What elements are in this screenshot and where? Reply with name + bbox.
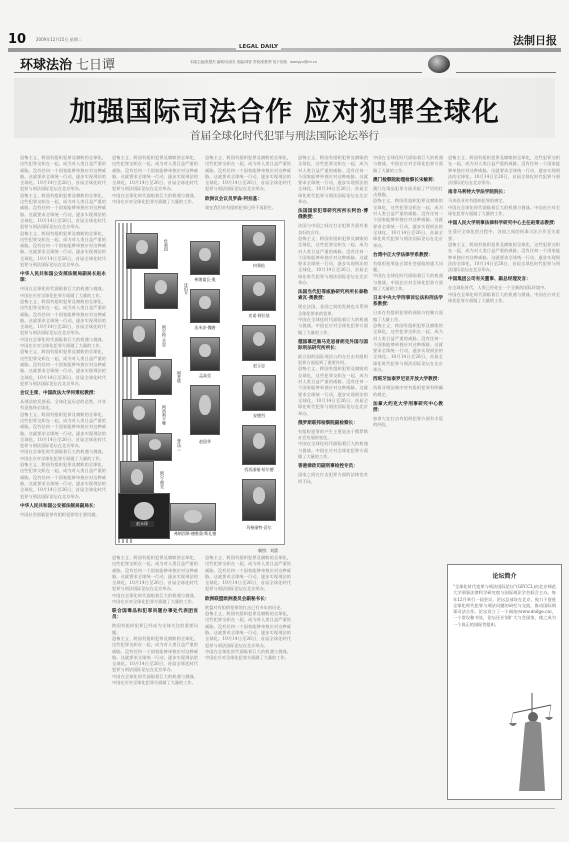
speaker-heading: 中华人民共和国公安部法制局副局长： bbox=[20, 504, 106, 510]
page-number: 10 bbox=[8, 32, 26, 47]
portrait-photo bbox=[242, 225, 276, 261]
paragraph: 澳门在毒品犯罪方面采取了严厉的打击措施。 bbox=[373, 186, 443, 199]
section-subname: 七日谭 bbox=[76, 58, 115, 73]
portrait-photo bbox=[126, 233, 158, 269]
person-name: 弗朗西斯·德维奥·斯孔德 bbox=[170, 531, 220, 537]
portrait-photo bbox=[190, 289, 220, 323]
paragraph: 中国在全球化时代面临着巨大的机遇与挑战。中国在应对全球化犯罪方面做了大量的工作。 bbox=[448, 292, 560, 305]
portrait-photo bbox=[138, 359, 172, 395]
paragraph: 法国与中国之间在打击犯罪方面有着良好的合作。 bbox=[298, 223, 368, 236]
speaker-heading: 俄罗斯联邦检察院副检察长： bbox=[298, 421, 368, 427]
portrait-photo bbox=[118, 493, 170, 539]
article-column-1: 恐怖主义、跨国有组织犯罪及腐败的全球化，这些犯罪交织在一起，成为对人类日益严重的… bbox=[20, 155, 106, 805]
divider bbox=[14, 808, 555, 809]
portrait-photo bbox=[138, 433, 172, 461]
paragraph: 中国在全球化时代面临着巨大的机遇与挑战。中国在应对全球化犯罪方面做了大量的工作。 bbox=[298, 441, 368, 460]
speaker-heading: 日本中央大学刑事诉讼法和刑法学系教授： bbox=[373, 296, 443, 308]
person-name: 曾达三 bbox=[176, 439, 182, 451]
paragraph: 中国在全球化时代面临着巨大的机遇与挑战。中国在应对全球化犯罪方面做了大量的工作。 bbox=[373, 273, 443, 292]
speaker-heading: 法国国家犯罪研究所所长阿治·博俄教授： bbox=[298, 209, 368, 221]
masthead-band bbox=[8, 48, 561, 52]
paragraph: 恐怖主义、跨国有组织犯罪及腐败的全球化，这些犯罪交织在一起，成为对人类日益严重的… bbox=[448, 155, 560, 186]
paragraph: 恐怖主义、跨国有组织犯罪及腐败的全球化，这些犯罪交织在一起，成为对人类日益严重的… bbox=[205, 155, 291, 193]
paragraph: 加拿大在打击有组织犯罪方面有丰富的经验。 bbox=[373, 416, 443, 429]
newspaper-page: 10 2009年12月15日 星期二 法制日报 LEGAL DAILY 环球法治… bbox=[0, 0, 569, 842]
paragraph: 在适应全球化的过程中，各国之间的刑事司法合作至关重要。 bbox=[448, 229, 560, 242]
paragraph: 中国在全球化时代面临着巨大的机遇与挑战。中国在应对全球化犯罪方面做了大量的工作。 bbox=[112, 193, 198, 206]
subheadline: 首届全球化时代犯罪与刑法国际论坛举行 bbox=[0, 128, 569, 143]
paragraph: 中国在全球化时代面临着巨大的机遇与挑战。中国在应对全球化犯罪方面做了大量的工作。 bbox=[20, 337, 106, 350]
person-name: 皮诺·阿拉基 bbox=[242, 313, 276, 319]
paragraph: 恐怖主义、跨国有组织犯罪及腐败的全球化，这些犯罪交织在一起，成为对人类日益严重的… bbox=[20, 462, 106, 500]
portrait-photo bbox=[144, 273, 178, 309]
lady-justice-icon bbox=[507, 683, 555, 793]
paragraph: 从刑法的发展看，全球化是历史的必然，并非有意选择全球化。 bbox=[20, 399, 106, 412]
paragraph: 恐怖主义、跨国有组织犯罪及腐败的全球化，这些犯罪交织在一起，成为对人类日益严重的… bbox=[112, 555, 198, 593]
paragraph: 恐怖主义、跨国有组织犯罪及腐败的全球化，这些犯罪交织在一起，成为对人类日益严重的… bbox=[20, 299, 106, 337]
paragraph: 恐怖主义、跨国有组织犯罪及腐败的全球化，这些犯罪交织在一起，成为对人类日益严重的… bbox=[20, 193, 106, 231]
portrait-photo bbox=[242, 325, 276, 361]
paragraph: 在全球化时代，人类已经处在一个全新的国际环境中。 bbox=[448, 285, 560, 291]
paragraph: 恐怖主义、跨国有组织犯罪及腐败的全球化，这些犯罪交织在一起，成为对人类日益严重的… bbox=[298, 236, 368, 286]
portrait-photo bbox=[190, 337, 220, 371]
paragraph: 中国在全球化时代面临着巨大的机遇与挑战。中国在应对全球化犯罪方面做了大量的工作。 bbox=[298, 317, 368, 336]
headline: 加强国际司法合作 应对犯罪全球化 bbox=[0, 90, 569, 129]
speaker-heading: 香港律政司副刑事检控专员： bbox=[298, 464, 368, 470]
divider bbox=[456, 72, 556, 73]
paragraph: 恐怖主义、跨国有组织犯罪及腐败的全球化，这些犯罪交织在一起，成为对人类日益严重的… bbox=[205, 611, 291, 649]
paragraph: 有组织犯罪是台湾社会面临的重大问题。 bbox=[373, 261, 443, 274]
paragraph: 西班牙刑法典中对有组织犯罪有明确的规定。 bbox=[373, 385, 443, 398]
paragraph: 恐怖主义、跨国有组织犯罪及腐败的全球化，这些犯罪交织在一起，成为对人类日益严重的… bbox=[20, 349, 106, 387]
person-name: 沈伯平 bbox=[183, 283, 189, 295]
speaker-heading: 联合国毒品和犯罪问题办事处代表团官员： bbox=[112, 609, 198, 621]
person-name: 弗朗索瓦·奥 bbox=[190, 277, 220, 283]
portrait-photo bbox=[190, 241, 220, 275]
paragraph: 恐怖主义、跨国有组织犯罪及腐败的全球化，这些犯罪交织在一起，成为对人类日益严重的… bbox=[298, 366, 368, 416]
speaker-heading: 会议主席、中国政法大学何秉松教授： bbox=[20, 391, 106, 397]
speaker-heading: 中华人民共和国公安部法制局副局长赵永琛： bbox=[20, 272, 106, 284]
person-name: 孟高克 bbox=[190, 373, 220, 379]
person-name: 西西丽娅·哈尔德 bbox=[240, 467, 278, 473]
person-name: 安德烈 bbox=[242, 413, 276, 419]
article-column-2-top: 恐怖主义、跨国有组织犯罪及腐败的全球化，这些犯罪交织在一起，成为对人类日益严重的… bbox=[112, 155, 198, 215]
paragraph: 恐怖主义、跨国有组织犯罪及腐败的全球化，这些犯罪交织在一起，成为对人类日益严重的… bbox=[373, 198, 443, 248]
masthead: 10 2009年12月15日 星期二 法制日报 bbox=[8, 34, 561, 48]
section-name: 环球法治 bbox=[20, 58, 72, 73]
article-column-6: 恐怖主义、跨国有组织犯罪及腐败的全球化，这些犯罪交织在一起，成为对人类日益严重的… bbox=[448, 155, 560, 555]
paragraph: 恐怖主义、跨国有组织犯罪及腐败的全球化，这些犯罪交织在一起，成为对人类日益严重的… bbox=[298, 155, 368, 205]
speakers-photo-collage: 杜新国 沈伯平 阿尔特·辛恩 阿普塔 阿西莉卡娜 曾达三 阿尔·穆克 赵永琛 弗… bbox=[115, 220, 285, 545]
band-label: LEGAL DAILY bbox=[236, 44, 281, 50]
portrait-photo bbox=[190, 385, 220, 435]
paragraph: 恐怖主义、跨国有组织犯罪及腐败的全球化，这些犯罪交织在一起，成为对人类日益严重的… bbox=[112, 636, 198, 674]
speaker-heading: 中国集团公司有关董事、副总经理发言： bbox=[448, 277, 560, 283]
sidebox-text: "全球化时代犯罪与刑法国际论坛"(GFCCL)由北京师范大学刑事法律科学研究院与… bbox=[448, 584, 561, 628]
person-name: 阿西莉卡娜 bbox=[161, 405, 167, 425]
person-name: 赵永琛 bbox=[130, 521, 154, 527]
paragraph: 恐怖主义、跨国有组织犯罪及腐败的全球化，这些犯罪交织在一起，成为对人类日益严重的… bbox=[448, 242, 560, 273]
speaker-heading: 德国慕尼黑马克思普朗克外国与国际刑法研究所所长： bbox=[298, 340, 368, 352]
section-title: 环球法治七日谭 bbox=[20, 54, 115, 73]
paragraph: 跨国有组织犯罪已经成为全球关注的重要问题。 bbox=[112, 623, 198, 636]
paragraph: 现在我们对有组织犯罪已经不再陌生。 bbox=[205, 205, 291, 211]
portrait-photo bbox=[242, 375, 276, 411]
article-column-3-top: 恐怖主义、跨国有组织犯罪及腐败的全球化，这些犯罪交织在一起，成为对人类日益严重的… bbox=[205, 155, 291, 215]
paragraph: 恐怖主义、跨国有组织犯罪及腐败的全球化，这些犯罪交织在一起，成为对人类日益严重的… bbox=[20, 231, 106, 269]
speaker-heading: 澳门检察院助理检察长宋敏莉： bbox=[373, 178, 443, 184]
paragraph: 现在法国，各国之间的发展也关系到全球化带来的犯罪。 bbox=[298, 304, 368, 317]
paragraph: 国家之间在打击犯罪方面的法律也有所不同。 bbox=[298, 472, 368, 485]
person-name: 赵玉忠 bbox=[242, 363, 276, 369]
editor-credits: 本版主编/张慧杰 编辑/吴淑芳 美编/刘曾 责校/张胜利 电子信箱：wangyu… bbox=[190, 60, 317, 65]
person-name: 何秉松 bbox=[242, 263, 276, 269]
paragraph: 中国在全球化时代面临着巨大的机遇与挑战。中国在应对全球化犯罪方面做了大量的工作。 bbox=[20, 286, 106, 299]
portrait-photo bbox=[122, 319, 156, 357]
globe-icon bbox=[428, 55, 450, 73]
forum-intro-box: 论坛简介 "全球化时代犯罪与刑法国际论坛"(GFCCL)由北京师范大学刑事法律科… bbox=[447, 564, 562, 800]
paragraph: 中国在全球化时代面临着巨大的机遇与挑战。中国在应对全球化犯罪方面做了大量的工作。 bbox=[373, 155, 443, 174]
issue-date: 2009年12月15日 星期二 bbox=[36, 37, 82, 43]
paragraph: 中国在全球化时代面临着巨大的机遇与挑战。中国在应对全球化犯罪方面做了大量的工作。 bbox=[20, 449, 106, 462]
article-column-4: 恐怖主义、跨国有组织犯罪及腐败的全球化，这些犯罪交织在一起，成为对人类日益严重的… bbox=[298, 155, 368, 805]
paragraph: 中国社会面临犯罪有组织犯罪的主要问题。 bbox=[20, 512, 106, 518]
portrait-photo bbox=[242, 425, 276, 465]
speaker-heading: 中国人民大学刑事法律科学研究中心主任赵秉志教授： bbox=[448, 221, 560, 227]
paragraph: 恐怖主义、跨国有组织犯罪及腐败的全球化，这些犯罪交织在一起，成为对人类日益严重的… bbox=[20, 412, 106, 450]
speaker-heading: 西班牙加泰罗尼亚开放大学教授： bbox=[373, 377, 443, 383]
speaker-heading: 南非马利特大学法学院院长： bbox=[448, 190, 560, 196]
photo-credit: 制图：刘蕾 bbox=[258, 548, 278, 554]
person-name: 阿尔·穆克 bbox=[159, 471, 165, 488]
sidebox-title: 论坛简介 bbox=[448, 571, 561, 580]
paragraph: 恐怖主义、跨国有组织犯罪及腐败的全球化，这些犯罪交织在一起，成为对人类日益严重的… bbox=[112, 155, 198, 193]
person-name: 杜新国 bbox=[163, 239, 169, 251]
divider bbox=[14, 72, 422, 73]
speaker-heading: 加拿大约克大学刑事研究中心教授： bbox=[373, 402, 443, 414]
paragraph: 中国在全球化时代面临着巨大的机遇与挑战。中国在应对全球化犯罪方面做了大量的工作。 bbox=[112, 674, 198, 687]
paragraph: 中国在全球化时代面临着巨大的机遇与挑战。中国在应对全球化犯罪方面做了大量的工作。 bbox=[205, 649, 291, 662]
article-column-3-bottom: 恐怖主义、跨国有组织犯罪及腐败的全球化，这些犯罪交织在一起，成为对人类日益严重的… bbox=[205, 555, 291, 805]
paragraph: 恐怖主义、跨国有组织犯罪及腐败的全球化，这些犯罪交织在一起，成为对人类日益严重的… bbox=[205, 555, 291, 593]
person-name: 达米安·魏唐 bbox=[190, 325, 220, 331]
person-name: 赵国华 bbox=[190, 439, 220, 445]
paragraph: 日本在有组织犯罪的预防与控制方面做了大量工作。 bbox=[373, 310, 443, 323]
paragraph: 中国在全球化时代面临着巨大的机遇与挑战。中国在应对全球化犯罪方面做了大量的工作。 bbox=[448, 205, 560, 218]
portrait-photo bbox=[122, 399, 156, 435]
paper-logo: 法制日报 bbox=[513, 32, 557, 48]
person-name: 玛格丽特·沃尔 bbox=[240, 525, 278, 531]
portrait-photo bbox=[242, 275, 276, 311]
paragraph: 有组织犯罪的产生主要是由于俄罗斯社会发展的变化。 bbox=[298, 429, 368, 442]
paragraph: 中国在全球化时代面临着巨大的机遇与挑战。中国在应对全球化犯罪方面做了大量的工作。 bbox=[112, 593, 198, 606]
article-column-2-bottom: 恐怖主义、跨国有组织犯罪及腐败的全球化，这些犯罪交织在一起，成为对人类日益严重的… bbox=[112, 555, 198, 805]
paragraph: 联合国的国际刑法公约在打击有组织犯罪方面起到了重要作用。 bbox=[298, 354, 368, 367]
speaker-heading: 法国当代犯罪威胁研究所所长泰勒索瓦·奥教授： bbox=[298, 290, 368, 302]
portrait-photo bbox=[242, 479, 276, 521]
person-name: 阿普塔 bbox=[176, 371, 182, 383]
article-column-5: 中国在全球化时代面临着巨大的机遇与挑战。中国在应对全球化犯罪方面做了大量的工作。… bbox=[373, 155, 443, 805]
speaker-heading: 台湾中正大学法律学系教授： bbox=[373, 253, 443, 259]
speaker-heading: 欧洲议会议员罗森·阿拉基： bbox=[205, 197, 291, 203]
paragraph: 恐怖主义、跨国有组织犯罪及腐败的全球化，这些犯罪交织在一起，成为对人类日益严重的… bbox=[20, 155, 106, 193]
person-name: 阿尔特·辛恩 bbox=[161, 325, 167, 346]
speaker-heading: 欧洲联盟欧洲委员会副秘书长： bbox=[205, 597, 291, 603]
paragraph: 恐怖主义、跨国有组织犯罪及腐败的全球化，这些犯罪交织在一起，成为对人类日益严重的… bbox=[373, 323, 443, 373]
